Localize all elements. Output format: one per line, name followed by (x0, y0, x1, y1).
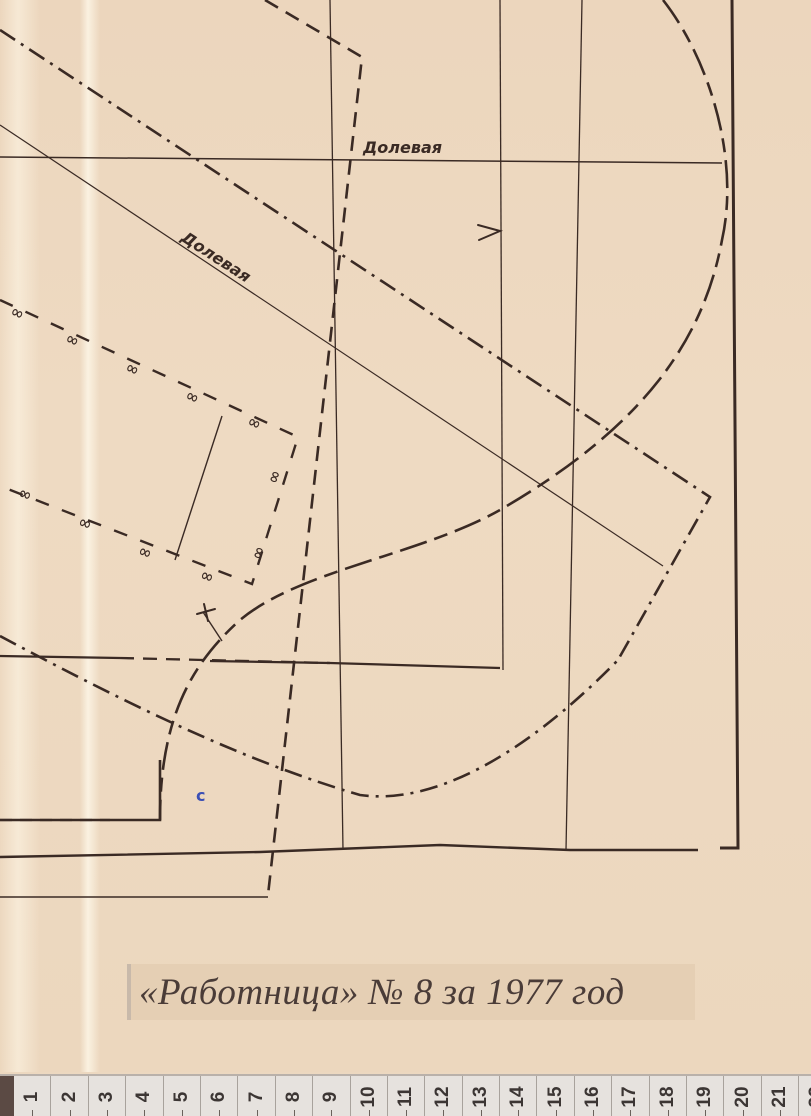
ruler-number: 15 (545, 1086, 567, 1107)
ruler-number: 8 (283, 1092, 305, 1103)
ruler-number: 9 (320, 1092, 342, 1103)
ruler-cell: 3 (89, 1076, 126, 1116)
ruler-number: 6 (208, 1092, 230, 1103)
ruler-number: 7 (246, 1092, 268, 1103)
pen-mark: c (196, 786, 205, 805)
ruler-number: 16 (582, 1086, 604, 1107)
ruler-cell: 2 (51, 1076, 88, 1116)
svg-text:∞: ∞ (16, 483, 34, 506)
ruler-cell: 4 (126, 1076, 163, 1116)
ruler-cell: 10 (351, 1076, 388, 1116)
ruler-cell: 15 (537, 1076, 574, 1116)
svg-text:∞: ∞ (183, 385, 202, 409)
pattern-edge-bottom (0, 845, 698, 857)
grain-label-horizontal: Долевая (362, 138, 442, 157)
ruler-number: 18 (657, 1086, 679, 1107)
ruler-cell: 11 (388, 1076, 425, 1116)
svg-text:∞: ∞ (245, 411, 264, 435)
ruler-cell: 9 (313, 1076, 350, 1116)
guide-line-vertical-2 (500, 0, 503, 670)
svg-text:∞: ∞ (136, 541, 154, 564)
ruler-number: 4 (133, 1092, 155, 1103)
ruler-cell: 13 (463, 1076, 500, 1116)
ruler-number: 11 (395, 1087, 417, 1107)
ruler-number: 19 (694, 1086, 716, 1107)
pattern-sheet: ∞ ∞ ∞ ∞ ∞ ∞ ∞ ∞ ∞ ∞ ∞ Долевая Долевая c … (0, 0, 811, 1072)
ruler-number: 5 (171, 1092, 193, 1103)
ruler-number: 13 (470, 1086, 492, 1107)
ruler-cell: 8 (276, 1076, 313, 1116)
ruler-number: 21 (769, 1086, 791, 1107)
ruler-cell: 20 (724, 1076, 761, 1116)
ruler-number: 2 (59, 1092, 81, 1103)
cross-mark-icon (197, 604, 215, 621)
ruler-number: 22 (806, 1086, 811, 1107)
measurement-ruler: 1 2 3 4 5 6 7 8 9 10 11 12 13 14 15 16 1… (0, 1074, 811, 1116)
grain-line-diagonal (0, 125, 663, 566)
dashed-outline-piece (265, 0, 362, 895)
line-horizontal-mid (210, 661, 500, 668)
ruler-cell: 12 (425, 1076, 462, 1116)
pattern-drawing: ∞ ∞ ∞ ∞ ∞ ∞ ∞ ∞ ∞ ∞ ∞ Долевая Долевая (0, 0, 811, 1072)
ruler-cell: 7 (238, 1076, 275, 1116)
ruler-number: 20 (732, 1086, 754, 1107)
ruler-cell: 22 (799, 1076, 811, 1116)
grain-line-horizontal (0, 157, 722, 163)
svg-text:∞: ∞ (76, 512, 94, 535)
chain-symbols: ∞ ∞ ∞ ∞ ∞ ∞ ∞ ∞ ∞ ∞ ∞ (8, 301, 287, 588)
guide-line-vertical-1 (330, 0, 343, 850)
ruler-cell: 5 (164, 1076, 201, 1116)
ruler-cell: 21 (762, 1076, 799, 1116)
svg-text:∞: ∞ (63, 328, 82, 352)
ruler-edge (0, 1076, 14, 1116)
ruler-number: 17 (619, 1086, 641, 1107)
ruler-cell: 6 (201, 1076, 238, 1116)
svg-text:∞: ∞ (123, 357, 142, 381)
caption-text: «Работница» № 8 за 1977 год (139, 971, 625, 1014)
ruler-cell: 17 (612, 1076, 649, 1116)
dash-dot-outline-2 (0, 636, 618, 796)
magazine-caption: «Работница» № 8 за 1977 год (127, 964, 695, 1020)
ruler-number: 10 (358, 1086, 380, 1107)
ruler-cell: 19 (687, 1076, 724, 1116)
ruler-number: 14 (507, 1086, 529, 1107)
ruler-cell: 14 (500, 1076, 537, 1116)
ruler-number: 3 (96, 1092, 118, 1103)
svg-text:∞: ∞ (247, 544, 270, 562)
pocket-line (175, 416, 222, 560)
curved-outline (160, 0, 727, 820)
svg-text:∞: ∞ (263, 468, 286, 486)
notch-mark-icon (478, 225, 500, 240)
ruler-cell: 1 (14, 1076, 51, 1116)
corner-outline (0, 760, 160, 820)
pattern-edge-right (720, 0, 738, 848)
ruler-cell: 16 (575, 1076, 612, 1116)
guide-line-vertical-3 (566, 0, 582, 850)
ruler-number: 12 (432, 1086, 454, 1107)
chain-stitch-outline (0, 300, 298, 584)
ruler-cell: 18 (650, 1076, 687, 1116)
svg-text:∞: ∞ (198, 565, 216, 588)
ruler-number: 1 (21, 1092, 43, 1103)
grain-label-diagonal: Долевая (177, 227, 254, 287)
